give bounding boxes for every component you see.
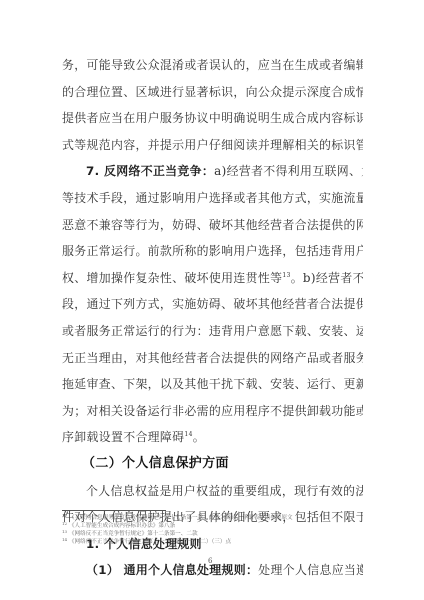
line-text: 恶意不兼容等行为，妨碍、破坏其他经营者合法提供的网络产品或者 xyxy=(62,218,363,232)
text-line: 段，通过下列方式，实施妨碍、破坏其他经营者合法提供的网络产品 xyxy=(62,291,363,318)
line-text: 的合理位置、区域进行显著标识，向公众提示深度合成情况 xyxy=(62,85,363,99)
line-text: 无正当理由，对其他经营者合法提供的网络产品或者服务实施拦截、 xyxy=(62,351,363,365)
line-text: 或者服务正常运行的行为：违背用户意愿下载、安装、运行应用程序； xyxy=(62,324,363,338)
footnote: 11 《互联网信息服务深度合成管理规定》第十七条第一款，此处为简述，详细表述请参… xyxy=(62,514,362,522)
text-line: 的合理位置、区域进行显著标识，向公众提示深度合成情况11。b)服务 xyxy=(62,79,363,106)
footnote-number: 12 xyxy=(62,521,67,526)
footnote-ref[interactable]: 14 xyxy=(184,431,192,438)
text-line: 无正当理由，对其他经营者合法提供的网络产品或者服务实施拦截、 xyxy=(62,345,363,372)
footnote-text: 《网络反不正当竞争暂行规定》第二十一条第（一）（二）（三）点 xyxy=(69,539,231,545)
footnote: 12 《人工智能生成合成内容标识办法》第八条 xyxy=(62,522,362,530)
body-text: 务，可能导致公众混淆或者误认的，应当在生成或者编辑的信息内容 的合理位置、区域进… xyxy=(62,52,363,584)
footnote-number: 11 xyxy=(62,513,67,518)
line-text: a)经营者不得利用互联网、大数据、算法 xyxy=(214,164,363,178)
text-line: 提供者应当在用户服务协议中明确说明生成合成内容标识的方法、样 xyxy=(62,105,363,132)
text-line: 为；对相关设备运行非必需的应用程序不提供卸载功能或者对应用程 xyxy=(62,398,363,425)
section-heading: （二）个人信息保护方面 xyxy=(62,451,363,478)
page-number: 6 xyxy=(208,557,212,565)
text-line: 或者服务正常运行的行为：违背用户意愿下载、安装、运行应用程序； xyxy=(62,318,363,345)
item-heading: 7. 反网络不正当竞争： xyxy=(86,164,214,178)
line-text: 段，通过下列方式，实施妨碍、破坏其他经营者合法提供的网络产品 xyxy=(62,297,363,311)
footnote-text: 《人工智能生成合成内容标识办法》第八条 xyxy=(69,523,175,529)
footnote-text: 《网络反不正当竞争暂行规定》第十二条第一、二款 xyxy=(69,531,198,537)
line-text: 式等规范内容，并提示用户仔细阅读并理解相关的标识管理要求 xyxy=(62,138,363,152)
text-line: 权、增加操作复杂性、破坏使用连贯性等13。b)经营者不得利用技术手 xyxy=(62,265,363,292)
footnote-separator xyxy=(62,510,166,511)
footnote: 13 《网络反不正当竞争暂行规定》第十二条第一、二款 xyxy=(62,530,362,538)
footnote-text: 《互联网信息服务深度合成管理规定》第十七条第一款，此处为简述，详细表述请参见原文 xyxy=(69,515,293,521)
text-line: 等技术手段，通过影响用户选择或者其他方式，实施流量劫持、干扰、 xyxy=(62,185,363,212)
line-text: 。 xyxy=(193,430,205,444)
line-text: 。b)经营者不得利用技术手 xyxy=(291,271,363,285)
footnote-number: 13 xyxy=(62,529,67,534)
text-line: 务，可能导致公众混淆或者误认的，应当在生成或者编辑的信息内容 xyxy=(62,52,363,79)
line-text: 序卸载设置不合理障碍 xyxy=(62,430,184,444)
line-text: 拖延审查、下架，以及其他干扰下载、安装、运行、更新、传播等行 xyxy=(62,377,363,391)
footnotes: 11 《互联网信息服务深度合成管理规定》第十七条第一款，此处为简述，详细表述请参… xyxy=(62,514,362,546)
item-heading: （1） 通用个人信息处理规则： xyxy=(86,563,258,577)
line-text: 务，可能导致公众混淆或者误认的，应当在生成或者编辑的信息内容 xyxy=(62,58,363,72)
footnote-ref[interactable]: 13 xyxy=(282,272,290,279)
line-text: 提供者应当在用户服务协议中明确说明生成合成内容标识的方法、样 xyxy=(62,111,363,125)
line-text: 为；对相关设备运行非必需的应用程序不提供卸载功能或者对应用程 xyxy=(62,404,363,418)
text-line: 个人信息权益是用户权益的重要组成，现行有效的法律法规等文 xyxy=(62,478,363,505)
footnote: 14 《网络反不正当竞争暂行规定》第二十一条第（一）（二）（三）点 xyxy=(62,538,362,546)
line-text: 权、增加操作复杂性、破坏使用连贯性等 xyxy=(62,271,282,285)
line-text: 处理个人信息应当遵循合法、正 xyxy=(258,563,363,577)
text-line: 拖延审查、下架，以及其他干扰下载、安装、运行、更新、传播等行 xyxy=(62,371,363,398)
document-page: 务，可能导致公众混淆或者误认的，应当在生成或者编辑的信息内容 的合理位置、区域进… xyxy=(0,0,424,600)
line-text: 等技术手段，通过影响用户选择或者其他方式，实施流量劫持、干扰、 xyxy=(62,191,363,205)
text-line: 式等规范内容，并提示用户仔细阅读并理解相关的标识管理要求12。 xyxy=(62,132,363,159)
text-line: 恶意不兼容等行为，妨碍、破坏其他经营者合法提供的网络产品或者 xyxy=(62,212,363,239)
text-line: 序卸载设置不合理障碍14。 xyxy=(62,424,363,451)
text-line: 服务正常运行。前款所称的影响用户选择，包括违背用户意愿和选择 xyxy=(62,238,363,265)
line-text: 服务正常运行。前款所称的影响用户选择，包括违背用户意愿和选择 xyxy=(62,244,363,258)
text-line: （1） 通用个人信息处理规则：处理个人信息应当遵循合法、正 xyxy=(62,557,363,584)
text-line: 7. 反网络不正当竞争：a)经营者不得利用互联网、大数据、算法 xyxy=(62,158,363,185)
footnote-number: 14 xyxy=(62,537,67,542)
